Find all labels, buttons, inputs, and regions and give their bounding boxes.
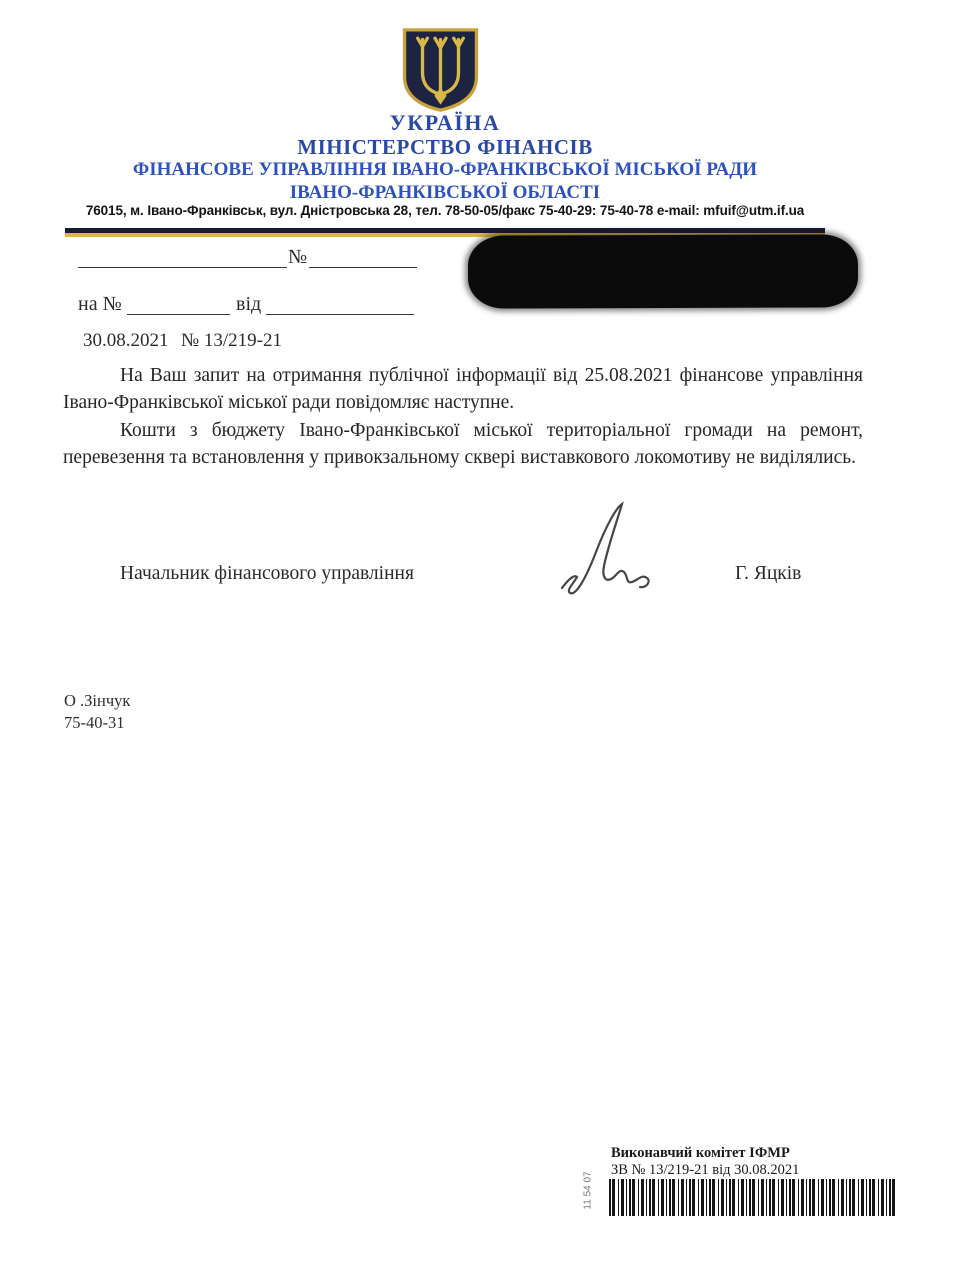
number-sign: № — [288, 246, 307, 269]
reply-from-label: від — [236, 293, 261, 316]
country-title: УКРАЇНА — [5, 110, 885, 136]
executor-block: О .Зінчук 75-40-31 — [64, 690, 130, 733]
reply-number-blank — [127, 296, 230, 315]
address-line: 76015, м. Івано-Франківськ, вул. Дністро… — [5, 203, 885, 218]
outgoing-number-blank — [309, 249, 417, 268]
signatory-name: Г. Яцків — [735, 563, 801, 585]
executor-name: О .Зінчук — [64, 690, 130, 712]
scanned-letter-page: УКРАЇНА МІНІСТЕРСТВО ФІНАНСІВ ФІНАНСОВЕ … — [0, 0, 953, 1280]
letter-body: На Ваш запит на отримання публічної інфо… — [63, 362, 863, 472]
department-line1: ФІНАНСОВЕ УПРАВЛІННЯ ІВАНО-ФРАНКІВСЬКОЇ … — [5, 159, 885, 181]
ministry-title: МІНІСТЕРСТВО ФІНАНСІВ — [5, 135, 885, 160]
outgoing-date-blank — [78, 249, 287, 268]
ukraine-trident-emblem-icon — [399, 27, 482, 113]
stamp-registration-number: ЗВ № 13/219-21 від 30.08.2021 — [611, 1162, 799, 1179]
letter-number: № 13/219-21 — [181, 330, 282, 352]
stamp-org-name: Виконавчий комітет ІФМР — [611, 1145, 790, 1162]
redaction-block — [468, 234, 858, 308]
body-paragraph-1: На Ваш запит на отримання публічної інфо… — [63, 362, 863, 417]
department-line2: ІВАНО-ФРАНКІВСЬКОЇ ОБЛАСТІ — [5, 182, 885, 204]
executor-phone: 75-40-31 — [64, 712, 130, 734]
handwritten-signature-icon — [548, 492, 683, 602]
reply-prefix: на № — [78, 293, 122, 316]
signatory-title: Начальник фінансового управління — [120, 563, 414, 585]
registration-barcode — [609, 1179, 897, 1216]
body-paragraph-2: Кошти з бюджету Івано-Франківської міськ… — [63, 417, 863, 472]
stamp-time-vertical: 11 54 07 — [583, 1161, 594, 1221]
reply-date-blank — [266, 296, 414, 315]
letter-date: 30.08.2021 — [83, 330, 169, 352]
